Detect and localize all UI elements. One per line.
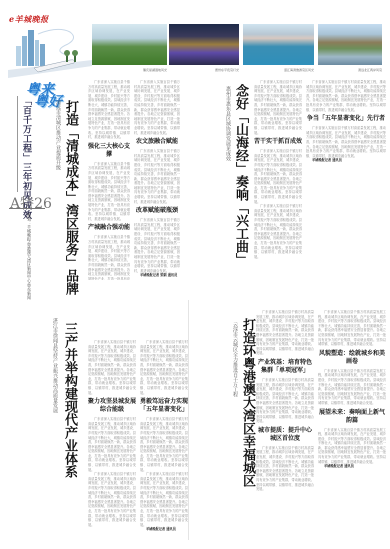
article-shanhai-col1: 广东省深入实施百县千镇万村高质量发展工程，推动城乡区域协调发展，在产业发展、城乡… xyxy=(254,80,302,280)
article-shanhai-col2: 广东省深入实施百县千镇万村高质量发展工程，推动城乡区域协调发展，在产业发展、城乡… xyxy=(306,80,386,280)
headline-qingcheng: 打造「清城成本」湾区服务」品牌 xyxy=(63,100,77,295)
page-label: A特26 xyxy=(10,193,52,213)
section-heading: 产城融合强动能 xyxy=(88,224,130,232)
page-label-rule xyxy=(9,208,45,209)
section-heading: 城市提质：提升中心城区首位度 xyxy=(256,427,314,443)
subheadline-shanhai: 惠州市惠东县区域协调发展见成效 xyxy=(225,86,232,161)
section-heading: 争当「五年显著变化」先行者 xyxy=(306,115,386,123)
byline: 羊城晚报记者 通讯员 xyxy=(306,158,386,163)
photo-3: 湛江海湾旅游景区风光 xyxy=(243,24,314,65)
article-qingcheng-col2: 广东省深入实施百县千镇万村高质量发展工程，推动城乡区域协调发展，在产业发展、城乡… xyxy=(134,80,180,280)
section-heading: 改革赋能破瓶颈 xyxy=(134,207,180,215)
article-sanchan-col2: 广东省深入实施百县千镇万村高质量发展工程，推动城乡区域协调发展，在产业发展、城乡… xyxy=(140,340,188,545)
section-heading: 农文旅融合赋能 xyxy=(134,138,180,146)
section-heading: 展望未来：奏响面上新气韵篇 xyxy=(318,409,386,425)
section-heading: 强化三大核心支撑 xyxy=(88,143,130,159)
subheadline-qingcheng: 清远市清城区推动产业提质升级 xyxy=(55,100,62,170)
section-heading: 风貌塑造：绘就城乡和美画卷 xyxy=(318,350,386,366)
photo-4: 清远北江两岸风景 xyxy=(318,24,382,65)
subheadline-xingfu: 云浮市云城区全力推进百千万工程 xyxy=(232,322,239,397)
byline: 羊城晚报记者 通讯员 xyxy=(140,527,188,532)
article-xingfu-col2: 广东省深入实施百县千镇万村高质量发展工程，推动城乡区域协调发展，在产业发展、城乡… xyxy=(318,310,386,545)
section-heading: 苦干实干抓百成效 xyxy=(254,138,302,146)
byline: 羊城晚报记者 梁韬 通讯员 xyxy=(134,273,180,278)
headline-xingfu: 打造环粤港澳大湾区幸福城区 xyxy=(240,318,254,487)
section-heading: 聚力攻坚县城发展综合能级 xyxy=(88,398,136,414)
byline: 羊城晚报记者 通讯员 xyxy=(318,464,386,469)
photo-strip: 肇庆星湖湿地风光 惠州东平夜景灯光 湛江海湾旅游景区风光 清远北江两岸风景 xyxy=(92,24,388,70)
headline-sanchan: 三产并举构建现代产业体系 xyxy=(62,322,76,478)
photo-2: 惠州东平夜景灯光 xyxy=(169,24,239,65)
subheadline-sanchan: 湛江市徐闻县坚持产业振兴推动高质量发展 xyxy=(52,318,59,413)
photo-1: 肇庆星湖湿地风光 xyxy=(92,24,167,65)
credit: 策划：羊城晚报·粤港澳大湾区新闻中心·粤东新闻 xyxy=(26,213,32,300)
article-xingfu-col1: 广东省深入实施百县千镇万村高质量发展工程，推动城乡区域协调发展，在产业发展、城乡… xyxy=(256,310,314,545)
section-heading: 勇毅笃远奋力实现「五年显著变化」 xyxy=(140,398,188,414)
article-sanchan-col1: 广东省深入实施百县千镇万村高质量发展工程，推动城乡区域协调发展，在产业发展、城乡… xyxy=(88,340,136,545)
column-divider xyxy=(188,300,189,540)
banner-illustration: 粤来 粤好 xyxy=(8,24,92,92)
article-qingcheng-col1: 广东省深入实施百县千镇万村高质量发展工程，推动城乡区域协调发展，在产业发展、城乡… xyxy=(88,80,130,280)
sidebar-rule xyxy=(17,96,18,192)
section-heading: 产业筑基：培育特色集群「单项冠军」 xyxy=(256,359,314,375)
headline-shanhai: 念好「山海经」奏响「兴工曲」 xyxy=(233,84,247,266)
